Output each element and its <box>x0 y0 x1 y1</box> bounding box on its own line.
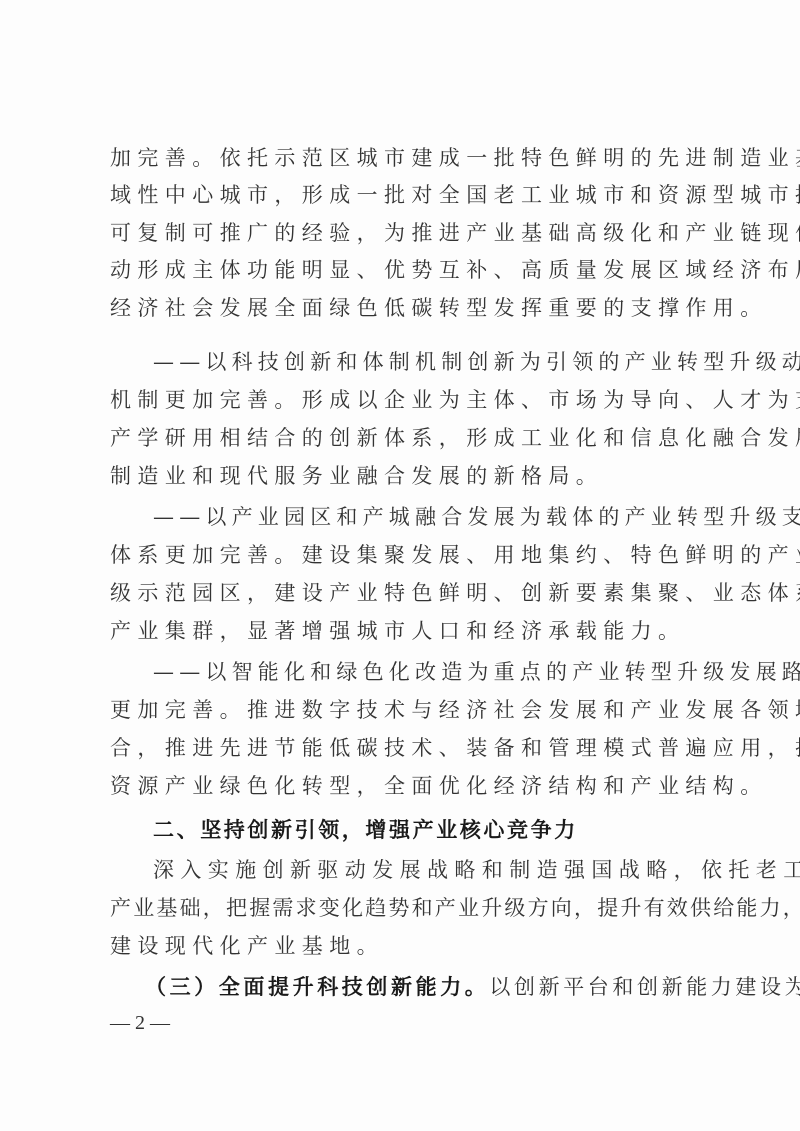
paragraph-3-line-3: 级示范园区，建设产业特色鲜明、创新要素集聚、业态体系完整的 <box>110 575 800 612</box>
paragraph-1-line-5: 经济社会发展全面绿色低碳转型发挥重要的支撑作用。 <box>110 290 768 327</box>
paragraph-1-line-4: 动形成主体功能明显、优势互补、高质量发展区域经济布局，实现 <box>110 252 800 289</box>
paragraph-4-line-1: ——以智能化和绿色化改造为重点的产业转型升级发展路径 <box>153 654 800 691</box>
paragraph-4-line-4: 资源产业绿色化转型，全面优化经济结构和产业结构。 <box>110 768 768 805</box>
paragraph-1-line-2: 域性中心城市，形成一批对全国老工业城市和资源型城市振兴发展 <box>110 177 800 214</box>
document-page: 加完善。依托示范区城市建成一批特色鲜明的先进制造业基地和区 域性中心城市，形成一… <box>0 0 800 1131</box>
paragraph-3-line-2: 体系更加完善。建设集聚发展、用地集约、特色鲜明的产业转型升 <box>110 537 800 574</box>
subsection-title: （三）全面提升科技创新能力。 <box>145 974 489 999</box>
paragraph-3-line-1: ——以产业园区和产城融合发展为载体的产业转型升级支撑 <box>153 499 800 536</box>
paragraph-2-line-3: 产学研用相结合的创新体系，形成工业化和信息化融合发展、先进 <box>110 420 800 457</box>
paragraph-1-line-3: 可复制可推广的经验，为推进产业基础高级化和产业链现代化，推 <box>110 215 800 252</box>
paragraph-4-line-2: 更加完善。推进数字技术与经济社会发展和产业发展各领域广泛融 <box>110 692 800 729</box>
page-number: — 2 — <box>110 1008 170 1038</box>
subsection-line: （三）全面提升科技创新能力。以创新平台和创新能力建设为 <box>145 968 800 1005</box>
paragraph-2-line-4: 制造业和现代服务业融合发展的新格局。 <box>110 458 603 495</box>
section-intro-line-2: 产业基础，把握需求变化趋势和产业升级方向，提升有效供给能力， <box>110 890 800 927</box>
section-intro-line-3: 建设现代化产业基地。 <box>110 928 384 965</box>
section-heading: 二、坚持创新引领，增强产业核心竞争力 <box>153 812 578 849</box>
paragraph-1-line-1: 加完善。依托示范区城市建成一批特色鲜明的先进制造业基地和区 <box>110 140 800 177</box>
subsection-continuation: 以创新平台和创新能力建设为 <box>489 975 800 999</box>
paragraph-2-line-2: 机制更加完善。形成以企业为主体、市场为导向、人才为支撑、政 <box>110 382 800 419</box>
section-intro-line-1: 深入实施创新驱动发展战略和制造强国战略，依托老工业基地 <box>153 852 800 889</box>
paragraph-2-line-1: ——以科技创新和体制机制创新为引领的产业转型升级动力 <box>153 344 800 381</box>
paragraph-3-line-4: 产业集群，显著增强城市人口和经济承载能力。 <box>110 613 685 650</box>
paragraph-4-line-3: 合，推进先进节能低碳技术、装备和管理模式普遍应用，推进能源 <box>110 730 800 767</box>
